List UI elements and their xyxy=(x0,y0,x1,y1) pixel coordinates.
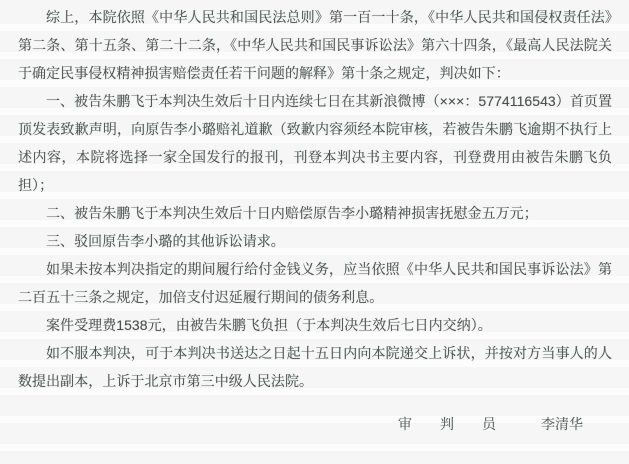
judgment-paragraph-item-2-compensation: 二、被告朱鹏飞于本判决生效后十日内赔偿原告李小璐精神损害抚慰金五万元； xyxy=(18,199,612,227)
judgment-paragraph-court-fee: 案件受理费1538元，由被告朱鹏飞负担（于本判决生效后七日内交纳）。 xyxy=(18,311,612,339)
signature-line: 审 判 员 李清华 xyxy=(18,410,612,438)
judgment-document: 综上，本院依照《中华人民共和国民法总则》第一百一十条，《中华人民共和国侵权责任法… xyxy=(0,0,629,464)
signature-role-label: 审 判 员 xyxy=(398,410,496,438)
judgment-paragraph-item-1-apology: 一、被告朱鹏飞于本判决生效后十日内连续七日在其新浪微博（×××：57741165… xyxy=(18,87,612,199)
judgment-paragraph-appeal-notice: 如不服本判决，可于本判决书送达之日起十五日内向本院递交上诉状，并按对方当事人的人… xyxy=(18,339,612,395)
judgment-paragraph-item-3-rejection: 三、驳回原告李小璐的其他诉讼请求。 xyxy=(18,227,612,255)
signature-judge-name: 李清华 xyxy=(541,410,583,438)
judgment-paragraph-late-payment-interest: 如果未按本判决指定的期间履行给付金钱义务，应当依照《中华人民共和国民事诉讼法》第… xyxy=(18,255,612,311)
judgment-paragraph-legal-basis: 综上，本院依照《中华人民共和国民法总则》第一百一十条，《中华人民共和国侵权责任法… xyxy=(18,3,612,87)
